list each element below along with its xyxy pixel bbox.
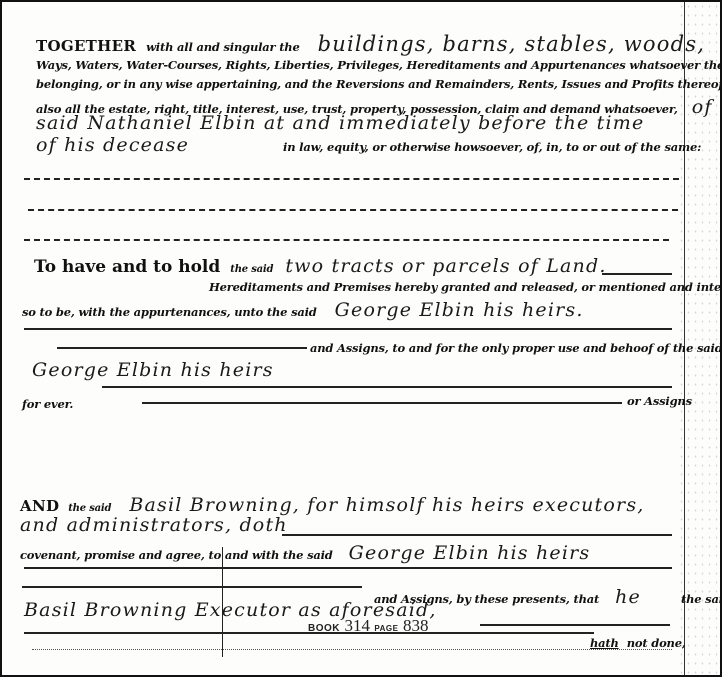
fill-rule: [142, 402, 622, 404]
fill-rule: [22, 586, 362, 588]
together-line-1: TOGETHER with all and singular the build…: [36, 32, 705, 56]
habendum-line-4: and Assigns, to and for the only proper …: [310, 341, 722, 355]
fill-rule: [24, 632, 594, 634]
together-line-3: belonging, or in any wise appertaining, …: [36, 77, 722, 91]
fill-rule: [24, 328, 672, 330]
covenant-heading: AND: [20, 497, 59, 515]
habendum-line-3-hand: George Elbin his heirs.: [335, 299, 584, 321]
together-line-6: of his decease in law, equity, or otherw…: [36, 134, 701, 156]
covenant-line-2: and administrators, doth: [20, 514, 288, 536]
covenant-line-6-print: not done,: [627, 636, 686, 650]
faint-rule: [32, 649, 672, 650]
covenant-line-3-print: covenant, promise and agree, to and with…: [20, 548, 333, 562]
fill-rule: [57, 347, 307, 349]
fill-rule: [480, 624, 670, 626]
center-fold-mark: [222, 547, 223, 657]
covenant-line-3: covenant, promise and agree, to and with…: [20, 542, 590, 564]
fill-rule: [282, 534, 672, 536]
blank-rule: [28, 209, 678, 211]
blank-rule: [24, 178, 679, 180]
habendum-line-5: George Elbin his heirs: [32, 359, 274, 381]
habendum-line-3-print: so to be, with the appurtenances, unto t…: [22, 305, 317, 319]
habendum-line-3: so to be, with the appurtenances, unto t…: [22, 299, 584, 321]
covenant-line-1: AND the said Basil Browning, for himsolf…: [20, 494, 645, 516]
blank-rule: [24, 239, 669, 241]
covenant-line-4-hand: he: [615, 586, 641, 608]
covenant-line-3-hand: George Elbin his heirs: [349, 542, 591, 564]
together-line-2: Ways, Waters, Water-Courses, Rights, Lib…: [36, 58, 722, 72]
together-line-5: said Nathaniel Elbin at and immediately …: [36, 112, 644, 134]
together-heading: TOGETHER: [36, 37, 136, 55]
covenant-line-4-print-right: the said: [681, 592, 722, 606]
together-line-4-hand: of the: [692, 96, 722, 118]
fill-rule: [102, 386, 672, 388]
fill-rule: [24, 567, 672, 569]
covenant-line-6-hand: hath: [590, 636, 619, 650]
habendum-heading: To have and to hold: [34, 257, 220, 277]
together-line-1-print: with all and singular the: [146, 40, 299, 54]
habendum-line-1-print: the said: [230, 264, 273, 275]
fill-rule: [602, 273, 672, 275]
habendum-for-ever: for ever.: [22, 397, 73, 411]
habendum-or-assigns: or Assigns: [627, 394, 692, 408]
covenant-line-1-hand: Basil Browning, for himsolf his heirs ex…: [129, 494, 644, 516]
deed-page: TOGETHER with all and singular the build…: [0, 0, 722, 677]
together-line-6-print: in law, equity, or otherwise howsoever, …: [283, 140, 701, 154]
habendum-line-1-hand: two tracts or parcels of Land.: [285, 255, 606, 277]
covenant-line-1-print: the said: [68, 503, 111, 514]
together-line-6-hand: of his decease: [36, 134, 189, 156]
habendum-line-1: To have and to hold the said two tracts …: [34, 255, 607, 277]
habendum-line-2: Hereditaments and Premises hereby grante…: [209, 280, 722, 294]
together-line-1-hand: buildings, barns, stables, woods,: [318, 32, 706, 56]
